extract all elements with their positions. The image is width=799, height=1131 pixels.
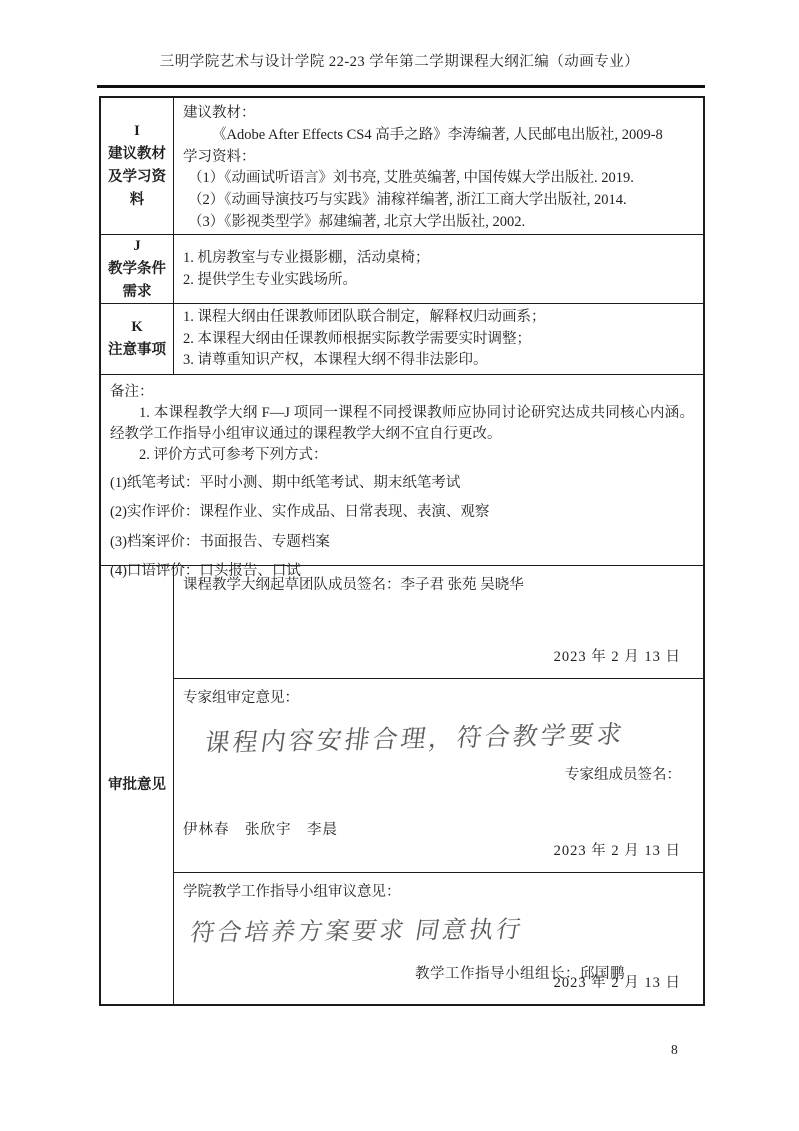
committee-date: 2023 年 2 月 13 日 (554, 971, 681, 992)
row-k-label-line: K (131, 316, 142, 339)
approval-drafting-section: 课程教学大纲起草团队成员签名：李子君 张苑 吴晓华 2023 年 2 月 13 … (174, 566, 703, 679)
notice-item: 3. 请尊重知识产权，本课程大纲不得非法影印。 (183, 350, 694, 372)
evaluation-item: (1)纸笔考试：平时小测、期中纸笔考试、期末纸笔考试 (110, 471, 694, 496)
textbook-entry: 《Adobe After Effects CS4 高手之路》李涛编著, 人民邮电… (183, 125, 694, 147)
drafting-date: 2023 年 2 月 13 日 (554, 645, 681, 666)
row-j-label: J 教学条件 需求 (101, 235, 174, 303)
approval-label: 审批意见 (101, 566, 174, 1004)
row-j-content: 1. 机房教室与专业摄影棚，活动桌椅； 2. 提供学生专业实践场所。 (174, 235, 703, 303)
row-k-label-line: 注意事项 (108, 339, 166, 362)
row-i-label-line: 建议教材 (108, 143, 166, 166)
remarks-content: 备注： 1. 本课程教学大纲 F—J 项同一课程不同授课教师应协同讨论研究达成共… (101, 375, 703, 565)
expert-date: 2023 年 2 月 13 日 (554, 839, 681, 860)
committee-handwritten-opinion: 符合培养方案要求 同意执行 (188, 909, 527, 948)
document-page: 三明学院艺术与设计学院 22-23 学年第二学期课程大纲汇编（动画专业） I 建… (0, 0, 799, 1131)
remarks-paragraph: 2. 评价方式可参考下列方式： (110, 445, 694, 466)
row-i-label-line: 及学习资料 (102, 166, 172, 212)
expert-handwritten-opinion: 课程内容安排合理，符合教学要求 (203, 715, 628, 760)
approval-expert-section: 专家组审定意见： 课程内容安排合理，符合教学要求 专家组成员签名： 伊林春 张欣… (174, 679, 703, 873)
condition-item: 1. 机房教室与专业摄影棚，活动桌椅； (183, 248, 694, 270)
materials-heading: 学习资料： (183, 147, 694, 169)
row-k-content: 1. 课程大纲由任课教师团队联合制定，解释权归动画系； 2. 本课程大纲由任课教… (174, 304, 703, 374)
row-j-label-line: J (133, 235, 140, 258)
header-rule (97, 85, 705, 88)
material-entry: （3）《影视类型学》郝建编著, 北京大学出版社, 2002. (183, 212, 694, 234)
table-row-i: I 建议教材 及学习资料 建议教材： 《Adobe After Effects … (101, 98, 703, 235)
evaluation-item: (2)实作评价：课程作业、实作成品、日常表现、表演、观察 (110, 500, 694, 525)
table-row-remarks: 备注： 1. 本课程教学大纲 F—J 项同一课程不同授课教师应协同讨论研究达成共… (101, 375, 703, 566)
expert-sign-label: 专家组成员签名： (183, 763, 694, 784)
material-entry: （2）《动画导演技巧与实践》浦稼祥编著, 浙江工商大学出版社, 2014. (183, 190, 694, 212)
table-row-k: K 注意事项 1. 课程大纲由任课教师团队联合制定，解释权归动画系； 2. 本课… (101, 304, 703, 375)
document-header-title: 三明学院艺术与设计学院 22-23 学年第二学期课程大纲汇编（动画专业） (0, 50, 799, 71)
row-j-label-line: 教学条件 (108, 258, 166, 281)
drafting-signature-line: 课程教学大纲起草团队成员签名：李子君 张苑 吴晓华 (183, 573, 694, 594)
notice-item: 2. 本课程大纲由任课教师根据实际教学需要实时调整； (183, 329, 694, 351)
expert-opinion-title: 专家组审定意见： (183, 686, 694, 707)
condition-item: 2. 提供学生专业实践场所。 (183, 270, 694, 292)
approval-content: 课程教学大纲起草团队成员签名：李子君 张苑 吴晓华 2023 年 2 月 13 … (174, 566, 703, 1004)
row-j-label-line: 需求 (123, 281, 152, 304)
expert-member-names: 伊林春 张欣宇 李晨 (183, 818, 694, 839)
row-i-label: I 建议教材 及学习资料 (101, 98, 174, 234)
table-row-j: J 教学条件 需求 1. 机房教室与专业摄影棚，活动桌椅； 2. 提供学生专业实… (101, 235, 703, 304)
row-i-content: 建议教材： 《Adobe After Effects CS4 高手之路》李涛编著… (174, 98, 703, 234)
evaluation-item: (3)档案评价：书面报告、专题档案 (110, 530, 694, 555)
textbook-heading: 建议教材： (183, 103, 694, 125)
approval-label-text: 审批意见 (108, 774, 166, 797)
page-number: 8 (671, 1042, 678, 1058)
row-k-label: K 注意事项 (101, 304, 174, 374)
syllabus-table: I 建议教材 及学习资料 建议教材： 《Adobe After Effects … (99, 96, 705, 1006)
remarks-title: 备注： (110, 382, 694, 403)
committee-opinion-title: 学院教学工作指导小组审议意见： (183, 880, 694, 901)
notice-item: 1. 课程大纲由任课教师团队联合制定，解释权归动画系； (183, 307, 694, 329)
row-i-label-line: I (134, 120, 140, 143)
table-row-approval: 审批意见 课程教学大纲起草团队成员签名：李子君 张苑 吴晓华 2023 年 2 … (101, 566, 703, 1004)
approval-committee-section: 学院教学工作指导小组审议意见： 符合培养方案要求 同意执行 教学工作指导小组组长… (174, 873, 703, 1004)
material-entry: （1）《动画试听语言》刘书亮, 艾胜英编著, 中国传媒大学出版社. 2019. (183, 168, 694, 190)
remarks-paragraph: 1. 本课程教学大纲 F—J 项同一课程不同授课教师应协同讨论研究达成共同核心内… (110, 403, 694, 445)
